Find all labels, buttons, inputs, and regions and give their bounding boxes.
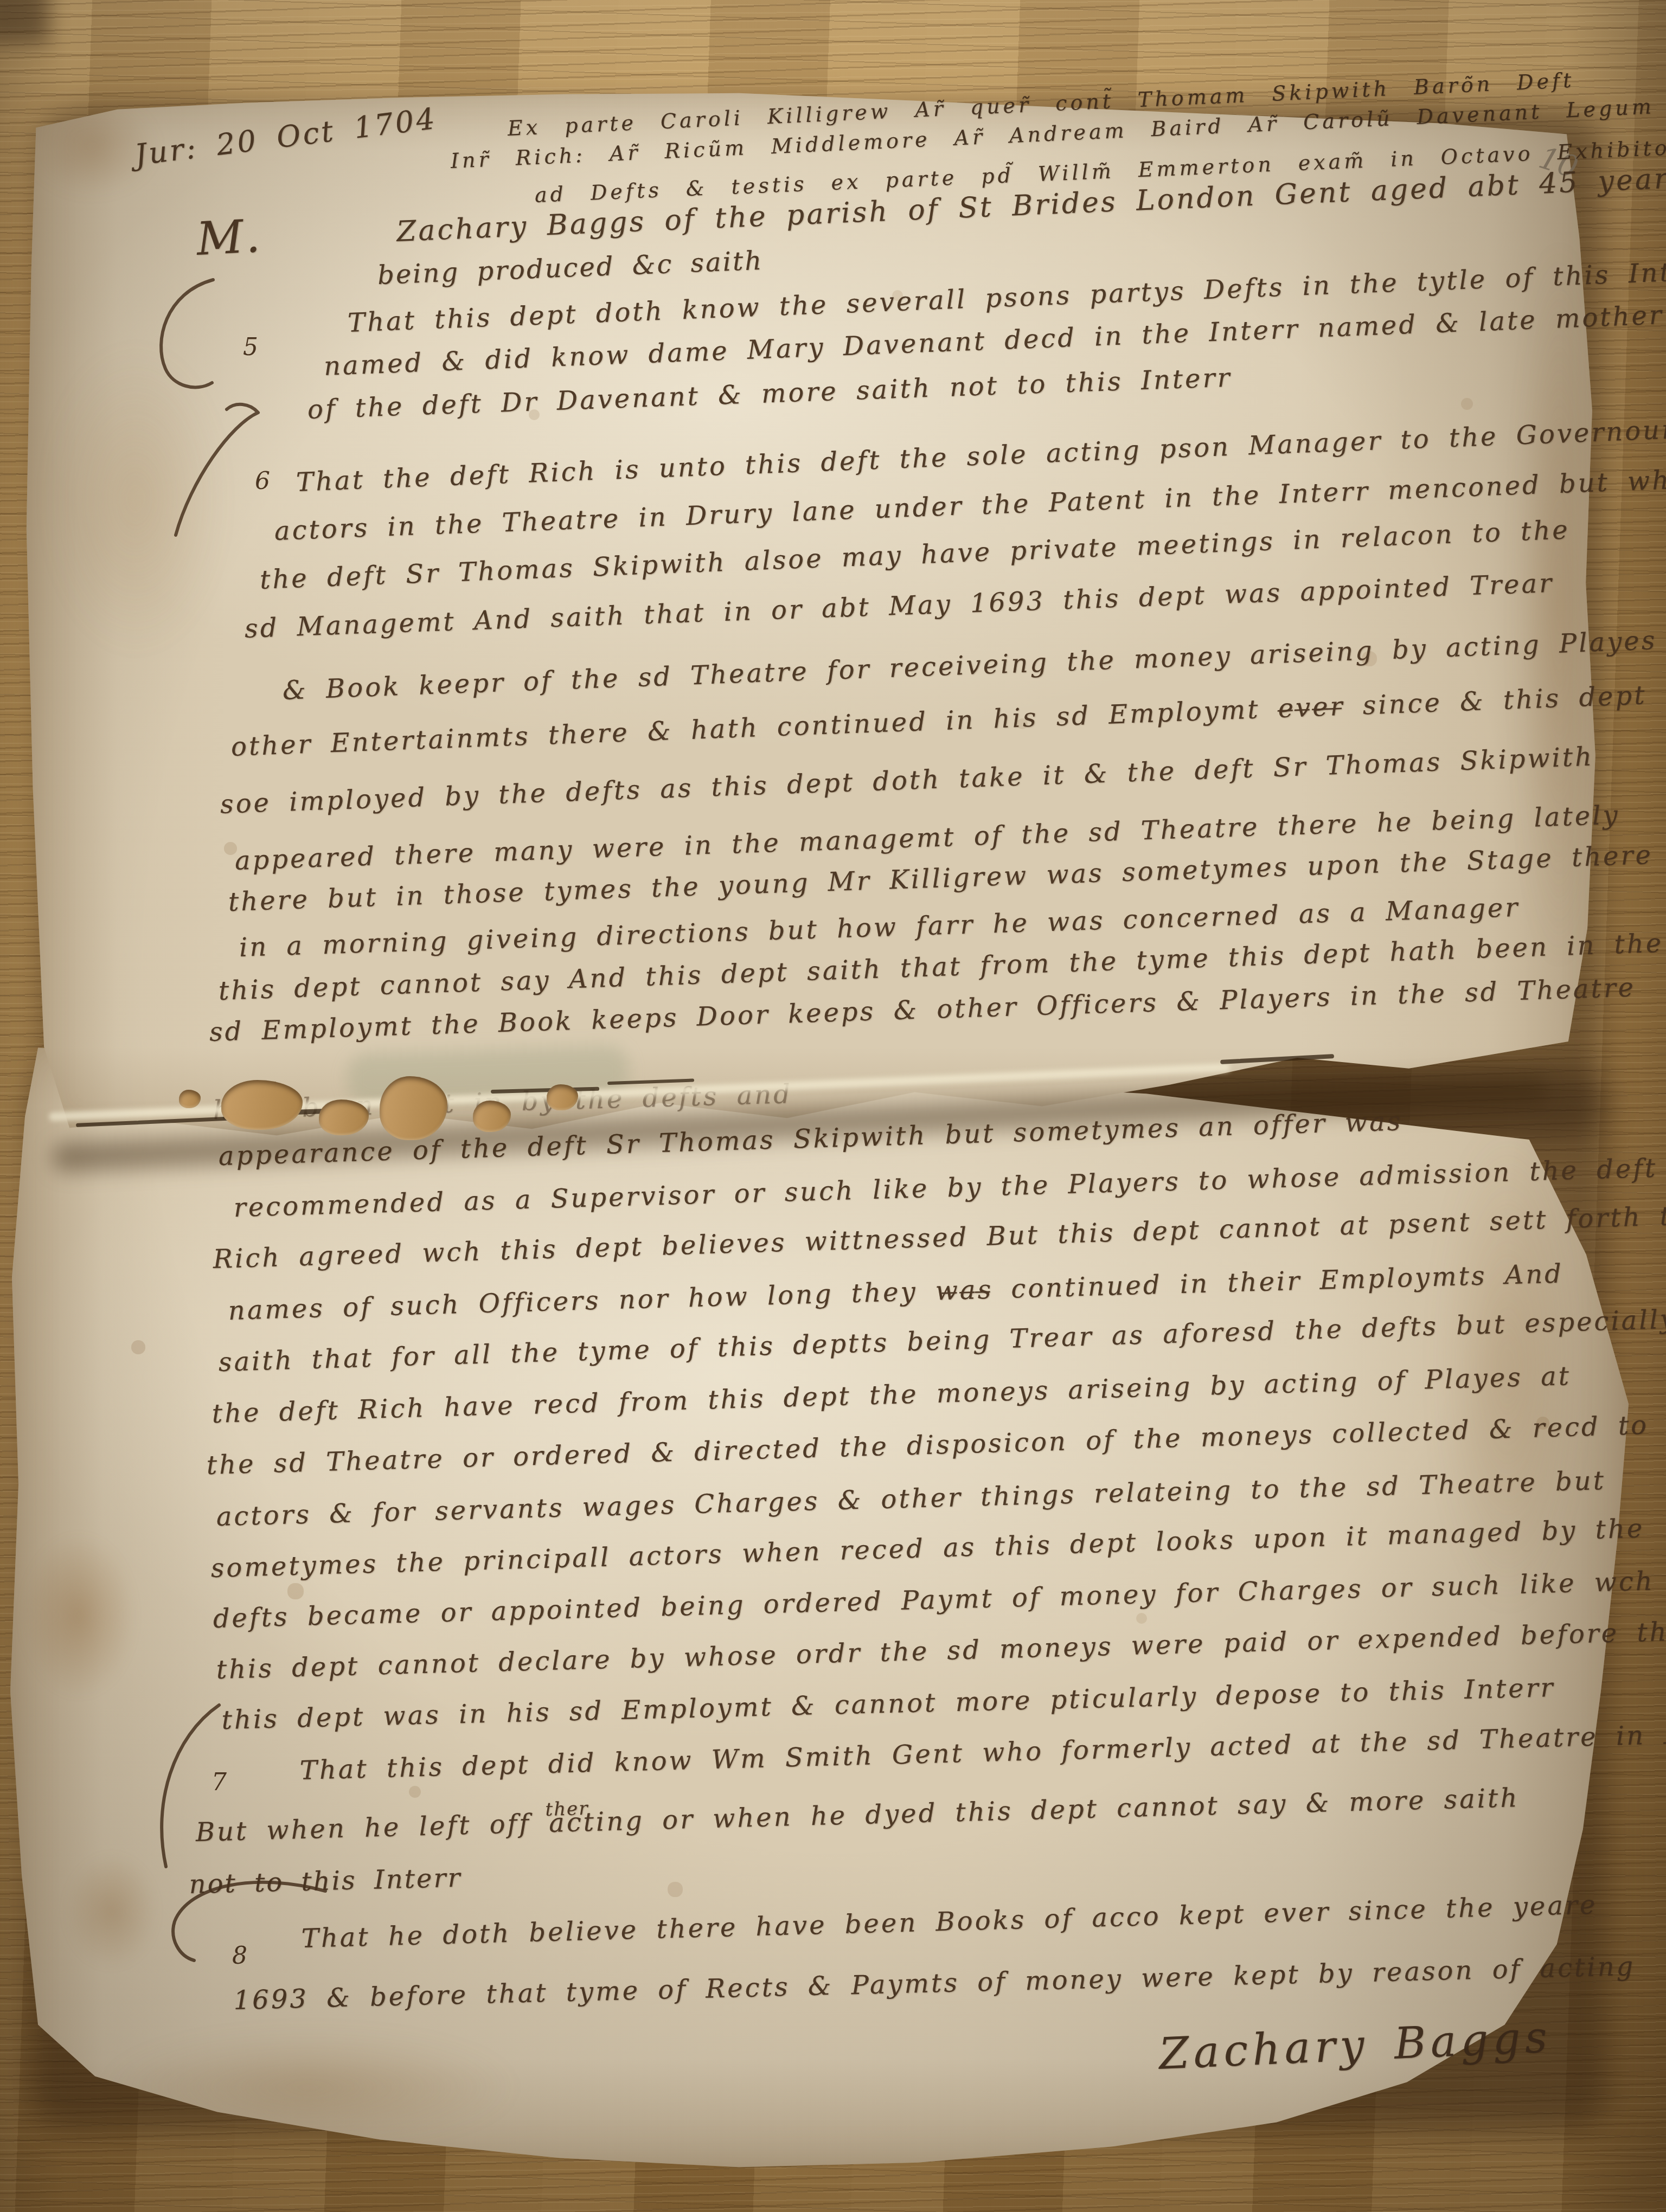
interrogatory-number: 5 [243, 333, 258, 361]
manuscript-photo: Jur: 20 Oct 1704 M. 10 Ex parte Caroli K… [0, 0, 1666, 2212]
interrogatory-number: 6 [255, 467, 270, 495]
wood-shadow-corner [0, 0, 49, 43]
margin-bracket [149, 271, 230, 396]
interrogatory-number: 7 [212, 1769, 227, 1796]
interrogatory-number: 8 [232, 1942, 247, 1970]
stain [22, 1534, 136, 1697]
clerk-monogram: M. [195, 209, 264, 266]
